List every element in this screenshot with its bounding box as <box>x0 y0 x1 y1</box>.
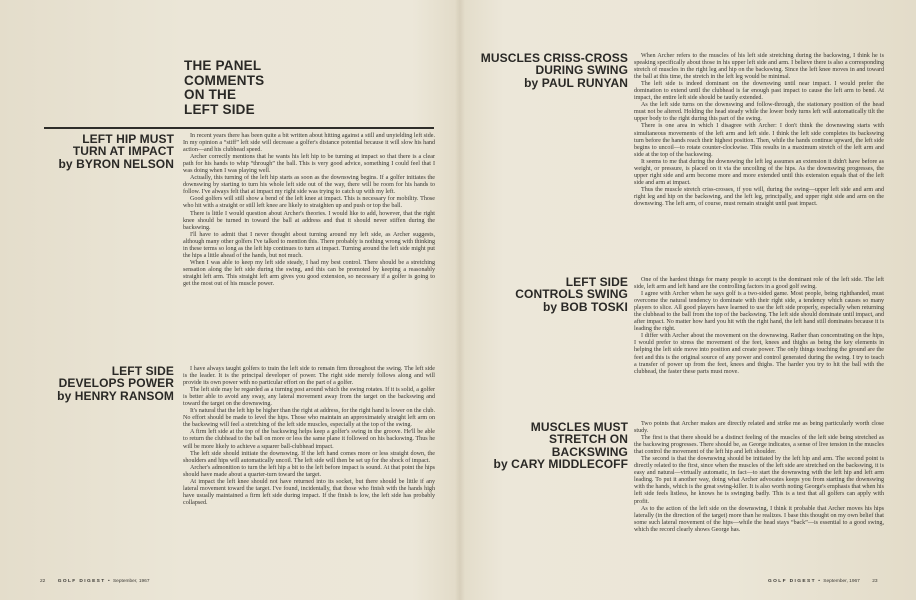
paragraph: As the left side turns on the downswing … <box>634 102 884 123</box>
article-body-runyan: When Archer refers to the muscles of his… <box>634 53 884 208</box>
paragraph: The left side should initiate the downsw… <box>183 451 435 465</box>
paragraph: In recent years there has been quite a b… <box>183 133 435 154</box>
paragraph: I differ with Archer about the movement … <box>634 333 884 375</box>
paragraph: I have always taught golfers to train th… <box>183 366 435 387</box>
headline-line: TURN AT IMPACT <box>40 145 174 157</box>
headline-line: by BYRON NELSON <box>40 158 174 170</box>
section-title-line: LEFT SIDE <box>184 103 264 118</box>
headline-line: CONTROLS SWING <box>470 288 628 300</box>
paragraph: Archer's admonition to turn the left hip… <box>183 465 435 479</box>
paragraph: As to the action of the left side on the… <box>634 506 884 534</box>
headline-line: by HENRY RANSOM <box>40 390 174 402</box>
paragraph: There is little I would question about A… <box>183 211 435 232</box>
article-body-ransom: I have always taught golfers to train th… <box>183 366 435 507</box>
page-number: 23 <box>872 579 877 584</box>
article-body-toski: One of the hardest things for many peopl… <box>634 277 884 376</box>
article-headline-runyan: MUSCLES CRISS-CROSS DURING SWING by PAUL… <box>470 52 628 89</box>
article-body-nelson: In recent years there has been quite a b… <box>183 133 435 288</box>
paragraph: The left side is indeed dominant on the … <box>634 81 884 102</box>
page-gutter <box>455 0 465 600</box>
headline-line: DEVELOPS POWER <box>40 377 174 389</box>
headline-line: by CARY MIDDLECOFF <box>470 458 628 470</box>
paragraph: At impact the left knee should not have … <box>183 479 435 507</box>
horizontal-rule <box>44 127 434 129</box>
article-headline-ransom: LEFT SIDE DEVELOPS POWER by HENRY RANSOM <box>40 365 174 402</box>
paragraph: Good golfers will still show a bend of t… <box>183 196 435 210</box>
paragraph: When I was able to keep my left side ste… <box>183 260 435 288</box>
article-headline-nelson: LEFT HIP MUST TURN AT IMPACT by BYRON NE… <box>40 133 174 170</box>
section-title-line: THE PANEL <box>184 59 264 74</box>
issue-date: September, 1967 <box>113 579 150 584</box>
page-number: 22 <box>40 579 45 584</box>
page-folio-left: 22 GOLF DIGEST • September, 1967 <box>40 579 150 584</box>
headline-line: STRETCH ON <box>470 433 628 445</box>
issue-date: September, 1967 <box>823 579 860 584</box>
paragraph: Thus the muscle stretch criss-crosses, i… <box>634 187 884 208</box>
paragraph: A firm left side at the top of the backs… <box>183 429 435 450</box>
paragraph: There is one area in which I disagree wi… <box>634 123 884 158</box>
paragraph: Two points that Archer makes are directl… <box>634 421 884 435</box>
paragraph: The first is that there should be a dist… <box>634 435 884 456</box>
page-folio-right: GOLF DIGEST • September, 1967 23 <box>768 579 878 584</box>
section-title: THE PANEL COMMENTS ON THE LEFT SIDE <box>184 59 264 117</box>
paragraph: Archer correctly mentions that he wants … <box>183 154 435 175</box>
article-headline-toski: LEFT SIDE CONTROLS SWING by BOB TOSKI <box>470 276 628 313</box>
article-headline-middlecoff: MUSCLES MUST STRETCH ON BACKSWING by CAR… <box>470 421 628 471</box>
section-title-line: COMMENTS <box>184 74 264 89</box>
paragraph: It's natural that the left hip be higher… <box>183 408 435 429</box>
paragraph: One of the hardest things for many peopl… <box>634 277 884 291</box>
folio-separator: • <box>108 579 111 584</box>
paragraph: The left side may be regarded as a turni… <box>183 387 435 408</box>
paragraph: I agree with Archer when he says golf is… <box>634 291 884 333</box>
paragraph: It seems to me that during the downswing… <box>634 159 884 187</box>
paragraph: When Archer refers to the muscles of his… <box>634 53 884 81</box>
section-title-line: ON THE <box>184 88 264 103</box>
headline-line: by BOB TOSKI <box>470 301 628 313</box>
magazine-name: GOLF DIGEST <box>58 579 106 584</box>
magazine-name: GOLF DIGEST <box>768 579 816 584</box>
headline-line: DURING SWING <box>470 64 628 76</box>
paragraph: The second is that the downswing should … <box>634 456 884 505</box>
headline-line: by PAUL RUNYAN <box>470 77 628 89</box>
article-body-middlecoff: Two points that Archer makes are directl… <box>634 421 884 534</box>
paragraph: I'll have to admit that I never thought … <box>183 232 435 260</box>
paragraph: Actually, this turning of the left hip s… <box>183 175 435 196</box>
folio-separator: • <box>818 579 821 584</box>
